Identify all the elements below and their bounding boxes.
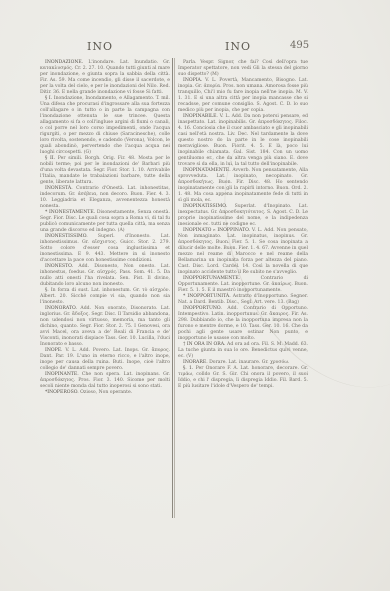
entry-text: Avverb. Non pensatamente, Alla sprovvedu… — [178, 168, 308, 203]
entry-headword: *INOPEROSO. — [45, 390, 79, 395]
dictionary-entry: § I. Inondazione, Inondamento, e Allagam… — [40, 96, 170, 156]
entry-headword: § II. — [45, 156, 55, 161]
running-head-right: INO — [225, 40, 251, 53]
dictionary-entry: * INOPPORTUNITÀ. Astratto d'Inopportuno.… — [178, 294, 308, 306]
column-divider — [172, 58, 173, 518]
running-head-left: INO — [87, 40, 113, 53]
dictionary-entry: INOPINATO e INOPPINATO. V. L. Add. Non p… — [178, 228, 308, 276]
entry-text: V. L. Add. Non pensato, Non inmaginato. … — [178, 228, 308, 275]
dictionary-entry: INOPE. V. L. Add. Povero. Lat. Inops. Gr… — [40, 348, 170, 372]
entry-headword: INOPPORTUNAMENTE. — [183, 276, 240, 281]
dictionary-entry: INOPPORTUNO. Add. Contrario di Opportuno… — [178, 306, 308, 342]
page-number: 495 — [290, 40, 309, 51]
entry-text: V. L. Add. Da non potersi pensare, ed in… — [178, 114, 308, 167]
entry-headword: * INONESTAMENTE. — [45, 210, 95, 215]
entry-headword: § I. — [45, 96, 52, 101]
dictionary-entry: Parla. Vespr. Signor, che fai? Così dell… — [178, 60, 308, 78]
entry-headword: * INOPPORTUNITÀ. — [183, 294, 231, 299]
entry-headword: INOPINATAMENTE. — [183, 168, 231, 173]
dictionary-entry: INOPPORTUNAMENTE. Contrario di Opportuna… — [178, 276, 308, 294]
dictionary-entry: † IN ORA IN ORA. Ad ora ad ora. Fil. S. … — [178, 342, 308, 360]
dictionary-entry: INOPINATAMENTE. Avverb. Non pensatamente… — [178, 168, 308, 204]
entry-text: Per Onorare F. A. Lat. honorare, decorar… — [178, 366, 308, 389]
entry-headword: INONORATO. — [45, 306, 77, 311]
entry-text: V. L. Povertà, Mancamento, Bisogno. Lat.… — [178, 78, 308, 113]
dictionary-entry: INONDAZIONE. L'inondare. Lat. Inundatio.… — [40, 60, 170, 96]
entry-headword: INOPIA. — [183, 78, 202, 83]
entry-text: Add. Contrario di Opportuno. Intempestiv… — [178, 306, 308, 341]
dictionary-entry: * INONESTAMENTE. Disonestamente, Senza o… — [40, 210, 170, 234]
entry-headword: INONDAZIONE. — [45, 60, 83, 65]
entry-text: Inondazione, Inondamento, e Allagamento.… — [40, 96, 170, 155]
entry-headword: §. — [45, 288, 49, 293]
dictionary-entry: § II. Per simili. Borgh. Orig. Fir. 48. … — [40, 156, 170, 186]
dictionary-entry: INOPINABILE. V. L. Add. Da non potersi p… — [178, 114, 308, 168]
book-page: INO INO 495 INONDAZIONE. L'inondare. Lat… — [0, 0, 390, 591]
dictionary-entry: INONORATO. Add. Non onorato, Disonorato.… — [40, 306, 170, 348]
entry-headword: INOPINABILE. — [183, 114, 218, 119]
entry-headword: INORARE. — [183, 360, 208, 365]
entry-text: In forza di sust. Lat. inhonestum. Gr. τ… — [40, 288, 170, 305]
entry-headword: INOPINATISSIMO. — [183, 204, 227, 209]
page-header: INO INO 495 — [40, 40, 310, 56]
dictionary-entry: INONESTÀ. Contrario d'Onestà. Lat. inhon… — [40, 186, 170, 210]
dictionary-entry: INOPIA. V. L. Povertà, Mancamento, Bisog… — [178, 78, 308, 114]
entry-headword: INOPINANTE. — [45, 372, 79, 377]
dictionary-entry: INOPINATISSIMO. Superlat. d'Inopinato. L… — [178, 204, 308, 228]
dictionary-entry: INOPINANTE. Che non spera. Lat. inopinan… — [40, 372, 170, 390]
entry-text: L'inondare. Lat. Inundatio. Gr. κατακλυσ… — [40, 60, 170, 95]
entry-headword: INOPINATO e INOPPINATO. — [183, 228, 250, 233]
left-column: INONDAZIONE. L'inondare. Lat. Inundatio.… — [40, 60, 170, 396]
entry-text: Ozioso, Non operante. — [80, 390, 132, 395]
dictionary-entry: §. 1. Per Onorare F. A. Lat. honorare, d… — [178, 366, 308, 390]
entry-headword: INONESTISSIMO. — [45, 234, 88, 239]
entry-headword: INONESTO. — [45, 264, 73, 269]
dictionary-entry: §. In forza di sust. Lat. inhonestum. Gr… — [40, 288, 170, 306]
dictionary-entry: *INOPEROSO. Ozioso, Non operante. — [40, 390, 170, 396]
right-column: Parla. Vespr. Signor, che fai? Così dell… — [178, 60, 308, 390]
column-divider-inner — [174, 58, 175, 518]
entry-headword: INOPE. — [45, 348, 63, 353]
entry-text: Parla. Vespr. Signor, che fai? Così dell… — [178, 60, 308, 77]
entry-text: Add. Non onorato, Disonorato. Lat. inglo… — [40, 306, 170, 347]
entry-headword: INONESTÀ. — [45, 186, 73, 191]
entry-headword: † IN ORA IN ORA. — [183, 342, 226, 347]
dictionary-entry: INONESTISSIMO. Superl. d'Inonesto. Lat. … — [40, 234, 170, 264]
entry-text: Dorare. Lat. inaurare. Gr. χρυσόω. — [209, 360, 289, 365]
entry-headword: §. 1. — [183, 366, 193, 371]
entry-text: Per simili. Borgh. Orig. Fir. 48. Mosta … — [40, 156, 170, 185]
dictionary-entry: INONESTO. Add. Disonesto, Non onesto. La… — [40, 264, 170, 288]
entry-headword: INOPPORTUNO. — [183, 306, 222, 311]
